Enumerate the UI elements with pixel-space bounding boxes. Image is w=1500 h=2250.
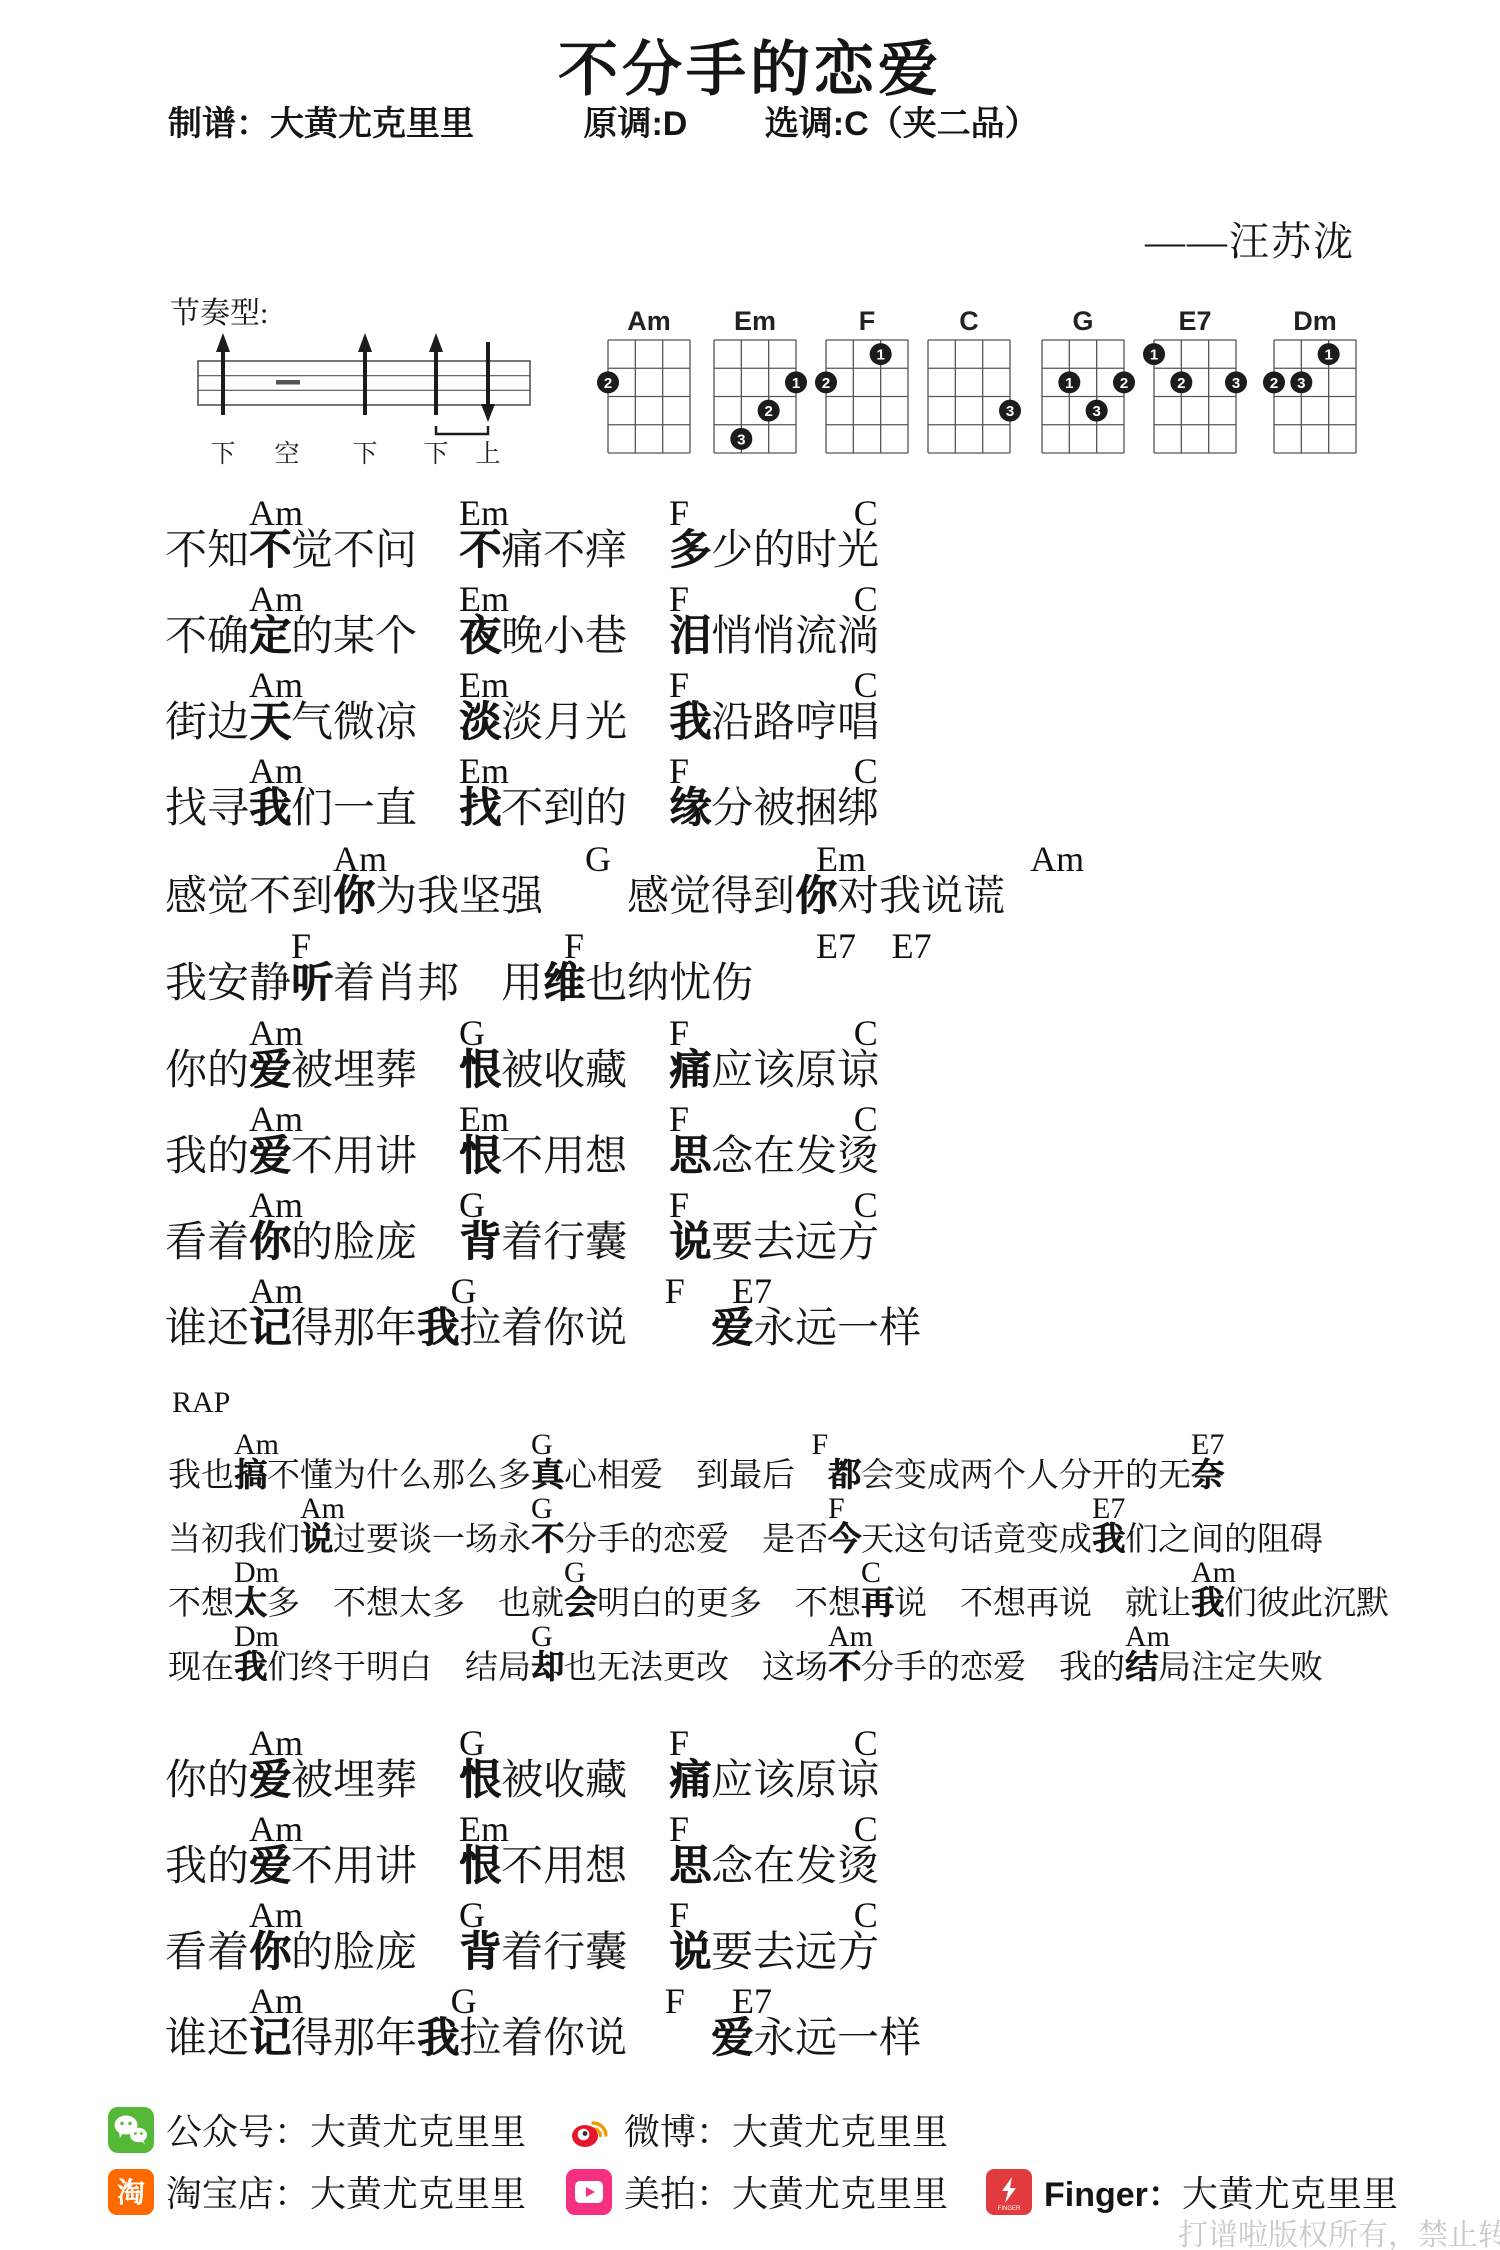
lyric-line: AmEmFC我的爱不用讲 恨不用想 思念在发烫: [165, 1808, 879, 1891]
lyric-text: 我安静听着肖邦 用维也纳忧伤: [165, 925, 753, 1008]
wechat-icon: [108, 2107, 154, 2153]
lyric-bold-char: 都: [828, 1458, 861, 1494]
arrowhead: [358, 333, 372, 352]
chord-label: Am: [1030, 838, 1084, 880]
chord-label: F: [669, 1098, 689, 1140]
chord-label: G: [459, 1184, 485, 1226]
lyric-bold-char: 说: [669, 1220, 711, 1266]
lyric-bold-char: 恨: [459, 1844, 501, 1890]
lyric-bold-char: 找: [459, 786, 501, 832]
lyric-line: AmEmFC不确定的某个 夜晚小巷 泪悄悄流淌: [165, 578, 879, 661]
chord-grid: 3: [912, 338, 1026, 460]
finger-number: 2: [764, 403, 772, 420]
chord-label: Em: [459, 578, 509, 620]
lyric-run: 永远一样: [753, 1306, 921, 1352]
chord-diagram-E7: E7123: [1138, 306, 1252, 465]
stroke-label: 空: [274, 440, 299, 468]
footer-item-wechat: 公众号：大黄尤克里里: [108, 2104, 526, 2152]
lyric-run: 多 不想太多 也就: [267, 1586, 564, 1622]
lyric-run: 应该原谅: [711, 1048, 879, 1094]
lyric-bold-char: 背: [459, 1220, 501, 1266]
lyric-run: 的脸庞: [291, 1220, 459, 1266]
lyric-bold-char: 缘: [669, 786, 711, 832]
lyric-run: 们之间的阻碍: [1125, 1522, 1323, 1558]
lyric-bold-char: 太: [234, 1586, 267, 1622]
chord-diagram-F: F12: [810, 306, 924, 465]
lyric-run: 心相爱 到最后: [564, 1458, 828, 1494]
lyric-run: 街边: [165, 700, 249, 746]
lyric-run: 不用讲: [291, 1844, 459, 1890]
lyric-run: 对我说谎: [837, 874, 1005, 920]
finger-number: 3: [1297, 375, 1305, 392]
lyric-run: 应该原谅: [711, 1758, 879, 1804]
chord-label: Am: [249, 1012, 303, 1054]
lyric-bold-char: 说: [300, 1522, 333, 1558]
finger-number: 3: [737, 431, 745, 448]
finger-number: 3: [1232, 375, 1240, 392]
chord-label: Am: [300, 1492, 345, 1526]
lyric-run: 当初我们: [168, 1522, 300, 1558]
weibo-icon: [566, 2107, 612, 2153]
chord-label: F: [669, 1808, 689, 1850]
lyric-run: 我的: [165, 1844, 249, 1890]
arrowhead: [216, 333, 230, 352]
footer-label-prefix: 公众号：: [166, 2112, 310, 2152]
footer-label: 美拍：大黄尤克里里: [624, 2166, 948, 2217]
chord-label: F: [828, 1492, 845, 1526]
footer-label: 公众号：大黄尤克里里: [166, 2104, 526, 2155]
chord-label: G: [451, 1270, 477, 1312]
lyric-bold-char: 爱: [711, 1306, 753, 1352]
chord-label: F: [665, 1270, 685, 1312]
lyric-line: AmGFE7当初我们说过要谈一场永不分手的恋爱 是否今天这句话竟变成我们之间的阻…: [168, 1492, 1323, 1559]
lyric-bold-char: 淡: [459, 700, 501, 746]
footer-label-name: 大黄尤克里里: [310, 2112, 526, 2152]
lyric-bold-char: 多: [669, 528, 711, 574]
lyric-bold-char: 恨: [459, 1134, 501, 1180]
chord-label: E7: [732, 1980, 772, 2022]
watermark: 打谱啦版权所有，禁止转载: [1178, 2210, 1500, 2250]
lyric-run: 分被捆绑: [711, 786, 879, 832]
lyric-line: AmGFE7我也搞不懂为什么那么多真心相爱 到最后 都会变成两个人分开的无奈: [168, 1428, 1224, 1495]
finger-number: 1: [876, 347, 884, 364]
chord-label: Am: [249, 1722, 303, 1764]
lyric-run: 淡月光: [501, 700, 669, 746]
lyric-bold-char: 恨: [459, 1048, 501, 1094]
lyric-run: 着行囊: [501, 1220, 669, 1266]
chord-label: Am: [1125, 1620, 1170, 1654]
chord-label: F: [669, 1184, 689, 1226]
lyric-bold-char: 爱: [249, 1844, 291, 1890]
lyric-bold-char: 爱: [249, 1134, 291, 1180]
chord-label: C: [854, 1808, 878, 1850]
footer-label-name: 大黄尤克里里: [1182, 2174, 1398, 2214]
chord-diagram-label: C: [912, 306, 1026, 338]
lyric-bold-char: 真: [531, 1458, 564, 1494]
chord-label: F: [669, 1894, 689, 1936]
chord-label: E7: [732, 1270, 772, 1312]
chord-diagram-label: F: [810, 306, 924, 338]
lyric-run: 着行囊: [501, 1930, 669, 1976]
finger-number: 2: [604, 375, 612, 392]
lyric-run: 你的: [165, 1048, 249, 1094]
taobao-icon: 淘: [108, 2169, 154, 2215]
lyric-bold-char: 你: [249, 1930, 291, 1976]
footer-label-prefix: 美拍：: [624, 2174, 732, 2214]
chord-label: C: [861, 1556, 881, 1590]
chord-label: G: [531, 1428, 553, 1462]
lyric-run: 看着: [165, 1220, 249, 1266]
footer-item-weibo: 微博：大黄尤克里里: [566, 2104, 948, 2152]
lyric-bold-char: 你: [795, 874, 837, 920]
chord-diagram-Dm: Dm123: [1258, 306, 1372, 465]
chord-label: Em: [459, 1808, 509, 1850]
lyric-run: 不想: [168, 1586, 234, 1622]
chord-label: Em: [459, 750, 509, 792]
chord-label: G: [531, 1620, 553, 1654]
lyric-run: 们终于明白 结局: [267, 1650, 531, 1686]
lyric-line: AmGFC看着你的脸庞 背着行囊 说要去远方: [165, 1184, 879, 1267]
footer-label: 淘宝店：大黄尤克里里: [166, 2166, 526, 2217]
finger-number: 3: [1092, 403, 1100, 420]
lyric-run: 气微凉: [291, 700, 459, 746]
footer-item-finger: FINGER Finger：大黄尤克里里: [986, 2166, 1398, 2214]
chord-diagram-label: Am: [592, 306, 706, 338]
lyric-run: 说 不想再说 就让: [894, 1586, 1191, 1622]
lyric-bold-char: 你: [249, 1220, 291, 1266]
lyric-run: 为我坚强 感觉得到: [375, 874, 795, 920]
chord-label: Am: [249, 1894, 303, 1936]
arrowhead: [481, 404, 495, 422]
chord-label: Am: [828, 1620, 873, 1654]
lyric-run: 现在: [168, 1650, 234, 1686]
meipai-icon: [566, 2169, 612, 2215]
finger-number: 2: [1177, 375, 1185, 392]
lyric-run: 要去远方: [711, 1220, 879, 1266]
lyric-bold-char: 爱: [249, 1048, 291, 1094]
lyric-run: 被收藏: [501, 1758, 669, 1804]
chord-label: Em: [459, 1098, 509, 1140]
finger-number: 2: [1120, 375, 1128, 392]
chord-label: Am: [249, 1098, 303, 1140]
lyric-run: 不用想: [501, 1134, 669, 1180]
chord-label: F: [291, 925, 311, 967]
chord-label: F: [669, 578, 689, 620]
chord-label: G: [451, 1980, 477, 2022]
lyric-run: 被埋葬: [291, 1758, 459, 1804]
lyric-run: 天这句话竟变成: [861, 1522, 1092, 1558]
lyric-run: 感觉不到: [165, 874, 333, 920]
lyric-line: AmGFC看着你的脸庞 背着行囊 说要去远方: [165, 1894, 879, 1977]
stroke-label: 上: [475, 440, 500, 468]
lyric-run: 会变成两个人分开的无: [861, 1458, 1191, 1494]
lyric-run: 谁还: [165, 1306, 249, 1352]
chord-diagram-G: G123: [1026, 306, 1140, 465]
chord-label: Am: [234, 1428, 279, 1462]
rest-dash: [276, 380, 300, 385]
chord-label: C: [854, 492, 878, 534]
chord-label: F: [669, 492, 689, 534]
lyric-run: 被埋葬: [291, 1048, 459, 1094]
lyric-bold-char: 我: [417, 2016, 459, 2062]
lyric-run: 被收藏: [501, 1048, 669, 1094]
finger-number: 2: [822, 375, 830, 392]
lyric-line: AmEmFC找寻我们一直 找不到的 缘分被捆绑: [165, 750, 879, 833]
lyric-bold-char: 痛: [669, 1048, 711, 1094]
lyric-run: 悄悄流淌: [711, 614, 879, 660]
finger-number: 1: [1150, 347, 1158, 364]
lyric-bold-char: 天: [249, 700, 291, 746]
chord-grid: 123: [1026, 338, 1140, 460]
chord-diagram-label: G: [1026, 306, 1140, 338]
lyric-run: 明白的更多 不想: [597, 1586, 861, 1622]
lyric-run: 不用想: [501, 1844, 669, 1890]
lyric-bold-char: 记: [249, 2016, 291, 2062]
lyric-run: 也无法更改 这场: [564, 1650, 828, 1686]
chord-label: Em: [816, 838, 866, 880]
lyric-run: 看着: [165, 1930, 249, 1976]
lyric-run: 我的: [165, 1134, 249, 1180]
lyric-run: 沿路哼唱: [711, 700, 879, 746]
rhythm-pattern-label: 节奏型:: [170, 288, 268, 332]
lyric-run: 得那年: [291, 1306, 417, 1352]
chord-grid: 123: [1258, 338, 1372, 460]
footer-label-name: 大黄尤克里里: [732, 2112, 948, 2152]
chord-diagram-label: Dm: [1258, 306, 1372, 338]
lyric-bold-char: 思: [669, 1134, 711, 1180]
lyric-run: 念在发烫: [711, 1844, 879, 1890]
lyric-bold-char: 我: [1092, 1522, 1125, 1558]
lyric-bold-char: 我: [1191, 1586, 1224, 1622]
lyric-run: 也纳忧伤: [585, 961, 753, 1007]
lyric-bold-char: 听: [291, 961, 333, 1007]
lyric-bold-char: 不: [531, 1522, 564, 1558]
lyric-line: AmGFE7谁还记得那年我拉着你说 爱永远一样: [165, 1270, 921, 1353]
chord-label: G: [531, 1492, 553, 1526]
chord-label: F: [669, 1012, 689, 1054]
lyric-bold-char: 结: [1125, 1650, 1158, 1686]
lyric-run: 要去远方: [711, 1930, 879, 1976]
chord-label: G: [459, 1012, 485, 1054]
chord-label: C: [854, 750, 878, 792]
lyric-line: FFE7E7我安静听着肖邦 用维也纳忧伤: [165, 925, 753, 1008]
chord-label: G: [564, 1556, 586, 1590]
finger-number: 1: [792, 375, 800, 392]
stroke-label: 下: [210, 441, 235, 468]
lyric-run: 们彼此沉默: [1224, 1586, 1389, 1622]
lyric-run: 痛不痒: [501, 528, 669, 574]
footer-label-prefix: Finger：: [1044, 2176, 1182, 2214]
chord-label: E7: [1191, 1428, 1224, 1462]
lyric-line: AmGEmAm感觉不到你为我坚强 感觉得到你对我说谎: [165, 838, 1005, 921]
chord-label: G: [585, 838, 611, 880]
chord-label: G: [459, 1894, 485, 1936]
lyric-bold-char: 痛: [669, 1758, 711, 1804]
chord-label: Dm: [234, 1556, 279, 1590]
lyric-bold-char: 泪: [669, 614, 711, 660]
chord-label: C: [854, 578, 878, 620]
lyric-run: 晚小巷: [501, 614, 669, 660]
lyric-run: 少的时光: [711, 528, 879, 574]
svg-text:FINGER: FINGER: [998, 2206, 1021, 2212]
lyric-run: 不知: [165, 528, 249, 574]
chord-diagram-Em: Em123: [698, 306, 812, 465]
footer-item-meipai: 美拍：大黄尤克里里: [566, 2166, 948, 2214]
rhythm-pattern-diagram: 下空下下上: [150, 330, 550, 475]
lyric-bold-char: 夜: [459, 614, 501, 660]
chord-label: Am: [249, 1270, 303, 1312]
lyric-bold-char: 今: [828, 1522, 861, 1558]
lyric-bold-char: 维: [543, 961, 585, 1007]
lyric-bold-char: 再: [861, 1586, 894, 1622]
lyric-bold-char: 记: [249, 1306, 291, 1352]
lyric-line: DmGCAm不想太多 不想太多 也就会明白的更多 不想再说 不想再说 就让我们彼…: [168, 1556, 1389, 1623]
tie-bracket: [436, 426, 488, 434]
lyric-run: 觉不问: [291, 528, 459, 574]
chord-label: E7: [816, 925, 856, 967]
lyric-line: AmEmFC我的爱不用讲 恨不用想 思念在发烫: [165, 1098, 879, 1181]
chord-label: C: [854, 1184, 878, 1226]
chord-label: F: [564, 925, 584, 967]
footer-label-name: 大黄尤克里里: [310, 2174, 526, 2214]
stroke-label: 下: [423, 441, 448, 468]
meta-line: 制谱：大黄尤克里里 原调:D 选调:C（夹二品）: [168, 96, 1039, 145]
lyric-bold-char: 搞: [234, 1458, 267, 1494]
svg-text:淘: 淘: [117, 2177, 145, 2208]
lyric-text: 我也搞不懂为什么那么多真心相爱 到最后 都会变成两个人分开的无奈: [168, 1428, 1224, 1495]
lyric-run: 过要谈一场永: [333, 1522, 531, 1558]
chord-label: C: [854, 1722, 878, 1764]
chord-label: F: [669, 1722, 689, 1764]
lyric-bold-char: 定: [249, 614, 291, 660]
chord-label: E7: [892, 925, 932, 967]
lyric-run: 不确: [165, 614, 249, 660]
lyric-line: AmGFC你的爱被埋葬 恨被收藏 痛应该原谅: [165, 1722, 879, 1805]
chord-label: E7: [1092, 1492, 1125, 1526]
lyric-run: 分手的恋爱 我的: [861, 1650, 1125, 1686]
lyric-bold-char: 我: [669, 700, 711, 746]
chord-label: F: [812, 1428, 829, 1462]
original-key-label: 原调:D: [583, 105, 687, 143]
chord-grid: 12: [810, 338, 924, 460]
lyric-bold-char: 不: [828, 1650, 861, 1686]
lyric-bold-char: 我: [417, 1306, 459, 1352]
lyric-run: 得那年: [291, 2016, 417, 2062]
lyric-bold-char: 却: [531, 1650, 564, 1686]
selected-key-label: 选调:C（夹二品）: [765, 105, 1039, 143]
chord-diagram-Am: Am2: [592, 306, 706, 465]
footer-label-prefix: 微博：: [624, 2112, 732, 2152]
lyric-run: 拉着你说: [459, 1306, 711, 1352]
lyric-bold-char: 恨: [459, 1758, 501, 1804]
lyric-run: 的脸庞: [291, 1930, 459, 1976]
chord-label: Am: [249, 492, 303, 534]
lyric-bold-char: 我: [234, 1650, 267, 1686]
chord-label: Am: [249, 664, 303, 706]
chord-label: Am: [249, 750, 303, 792]
lyric-run: 拉着你说: [459, 2016, 711, 2062]
lyric-line: DmGAmAm现在我们终于明白 结局却也无法更改 这场不分手的恋爱 我的结局注定…: [168, 1620, 1323, 1687]
chord-label: Am: [249, 1184, 303, 1226]
lyric-run: 我也: [168, 1458, 234, 1494]
lyric-bold-char: 爱: [249, 1758, 291, 1804]
chord-label: Dm: [234, 1620, 279, 1654]
lyric-bold-char: 说: [669, 1930, 711, 1976]
lyric-run: 找寻: [165, 786, 249, 832]
footer-label-prefix: 淘宝店：: [166, 2174, 310, 2214]
chord-grid: 2: [592, 338, 706, 460]
chord-grid: 123: [698, 338, 812, 460]
lyric-run: 局注定失败: [1158, 1650, 1323, 1686]
lyric-run: 你的: [165, 1758, 249, 1804]
lyric-run: 分手的恋爱 是否: [564, 1522, 828, 1558]
footer-item-taobao: 淘 淘宝店：大黄尤克里里: [108, 2166, 526, 2214]
section-label-rap: RAP: [172, 1386, 230, 1420]
lyric-bold-char: 不: [249, 528, 291, 574]
chord-diagram-C: C3: [912, 306, 1026, 465]
lyric-run: 的某个: [291, 614, 459, 660]
finger-number: 1: [1324, 347, 1332, 364]
lyric-bold-char: 你: [333, 874, 375, 920]
lyric-bold-char: 思: [669, 1844, 711, 1890]
chord-label: C: [854, 664, 878, 706]
lyric-run: 不懂为什么那么多: [267, 1458, 531, 1494]
lyric-line: AmEmFC街边天气微凉 淡淡月光 我沿路哼唱: [165, 664, 879, 747]
lyric-run: 们一直: [291, 786, 459, 832]
finger-number: 3: [1006, 403, 1014, 420]
lyric-run: 永远一样: [753, 2016, 921, 2062]
footer-label-name: 大黄尤克里里: [732, 2174, 948, 2214]
lyric-line: AmGFE7谁还记得那年我拉着你说 爱永远一样: [165, 1980, 921, 2063]
chord-label: G: [459, 1722, 485, 1764]
chord-label: F: [665, 1980, 685, 2022]
chord-label: Em: [459, 664, 509, 706]
lyric-run: 谁还: [165, 2016, 249, 2062]
lyric-bold-char: 我: [249, 786, 291, 832]
stroke-label: 下: [352, 441, 377, 468]
lyric-bold-char: 奈: [1191, 1458, 1224, 1494]
finger-icon: FINGER: [986, 2169, 1032, 2215]
lyric-bold-char: 不: [459, 528, 501, 574]
chord-label: Am: [249, 578, 303, 620]
chord-label: C: [854, 1894, 878, 1936]
chord-diagram-label: Em: [698, 306, 812, 338]
lyric-bold-char: 爱: [711, 2016, 753, 2062]
lyric-run: 着肖邦 用: [333, 961, 543, 1007]
lyric-run: 不到的: [501, 786, 669, 832]
lyric-bold-char: 背: [459, 1930, 501, 1976]
lyric-run: 不用讲: [291, 1134, 459, 1180]
lyric-line: AmGFC你的爱被埋葬 恨被收藏 痛应该原谅: [165, 1012, 879, 1095]
chord-label: Am: [333, 838, 387, 880]
chord-label: C: [854, 1012, 878, 1054]
lyric-bold-char: 会: [564, 1586, 597, 1622]
chord-label: C: [854, 1098, 878, 1140]
lyric-line: AmEmFC不知不觉不问 不痛不痒 多少的时光: [165, 492, 879, 575]
arrowhead: [429, 333, 443, 352]
credit-label: 制谱：大黄尤克里里: [168, 105, 474, 143]
chord-diagram-label: E7: [1138, 306, 1252, 338]
artist-name: ——汪苏泷: [1145, 210, 1355, 267]
footer-label: 微博：大黄尤克里里: [624, 2104, 948, 2155]
chord-label: Em: [459, 492, 509, 534]
lyric-run: 念在发烫: [711, 1134, 879, 1180]
lyric-run: 我安静: [165, 961, 291, 1007]
chord-label: Am: [249, 1980, 303, 2022]
chord-label: Am: [1191, 1556, 1236, 1590]
finger-number: 1: [1065, 375, 1073, 392]
chord-sheet-page: 不分手的恋爱 制谱：大黄尤克里里 原调:D 选调:C（夹二品） ——汪苏泷 节奏…: [0, 0, 1500, 2250]
